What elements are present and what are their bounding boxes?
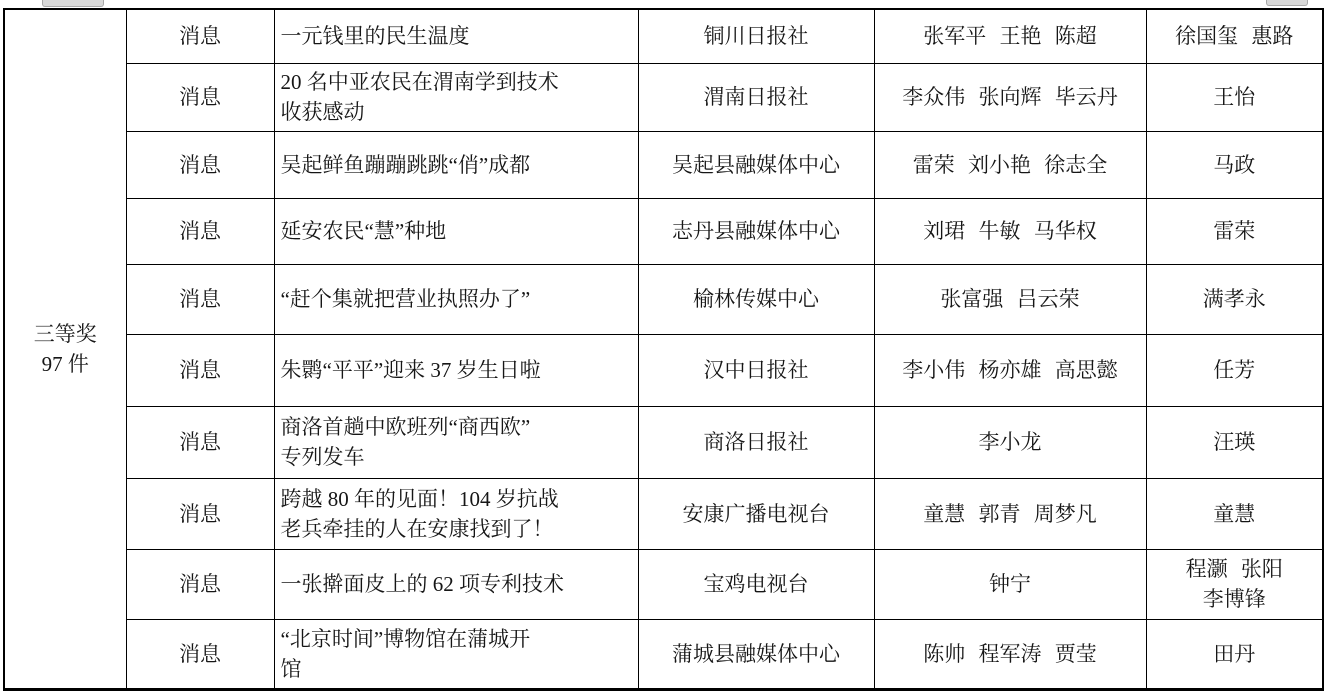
award-group-count: 97 件 xyxy=(11,349,120,379)
award-group-name: 三等奖 xyxy=(11,319,120,349)
organization-cell: 吴起县融媒体中心 xyxy=(638,131,874,198)
table-row: 消息 朱鹮“平平”迎来 37 岁生日啦 汉中日报社 李小伟 杨亦雄 高思懿 任芳 xyxy=(4,334,1323,406)
entry-type-cell: 消息 xyxy=(126,9,274,63)
title-cell: 一张擀面皮上的 62 项专利技术 xyxy=(274,549,638,619)
award-group-cell: 三等奖 97 件 xyxy=(4,9,126,689)
title-cell: 20 名中亚农民在渭南学到技术 收获感动 xyxy=(274,63,638,131)
table-row: 消息 20 名中亚农民在渭南学到技术 收获感动 渭南日报社 李众伟 张向辉 毕云… xyxy=(4,63,1323,131)
organization-cell: 商洛日报社 xyxy=(638,406,874,478)
awards-table-container: 三等奖 97 件 消息 一元钱里的民生温度 铜川日报社 张军平 王艳 陈超 徐国… xyxy=(3,8,1324,691)
authors-cell: 李众伟 张向辉 毕云丹 xyxy=(874,63,1146,131)
table-row: 消息 跨越 80 年的见面！104 岁抗战 老兵牵挂的人在安康找到了！ 安康广播… xyxy=(4,478,1323,549)
organization-cell: 安康广播电视台 xyxy=(638,478,874,549)
organization-cell: 渭南日报社 xyxy=(638,63,874,131)
organization-cell: 铜川日报社 xyxy=(638,9,874,63)
table-row: 消息 “赶个集就把营业执照办了” 榆林传媒中心 张富强 吕云荣 满孝永 xyxy=(4,264,1323,334)
table-row: 消息 一张擀面皮上的 62 项专利技术 宝鸡电视台 钟宁 程灏 张阳 李博锋 xyxy=(4,549,1323,619)
organization-cell: 蒲城县融媒体中心 xyxy=(638,619,874,689)
editors-cell: 徐国玺 惠路 xyxy=(1146,9,1323,63)
entry-type-cell: 消息 xyxy=(126,63,274,131)
awards-table: 三等奖 97 件 消息 一元钱里的民生温度 铜川日报社 张军平 王艳 陈超 徐国… xyxy=(3,8,1324,691)
organization-cell: 榆林传媒中心 xyxy=(638,264,874,334)
editors-cell: 汪瑛 xyxy=(1146,406,1323,478)
entry-type-cell: 消息 xyxy=(126,619,274,689)
authors-cell: 张富强 吕云荣 xyxy=(874,264,1146,334)
title-cell: 跨越 80 年的见面！104 岁抗战 老兵牵挂的人在安康找到了！ xyxy=(274,478,638,549)
entry-type-cell: 消息 xyxy=(126,478,274,549)
entry-type-cell: 消息 xyxy=(126,264,274,334)
title-cell: 延安农民“慧”种地 xyxy=(274,198,638,264)
entry-type-cell: 消息 xyxy=(126,549,274,619)
editors-cell: 任芳 xyxy=(1146,334,1323,406)
editors-cell: 田丹 xyxy=(1146,619,1323,689)
table-row: 消息 商洛首趟中欧班列“商西欧” 专列发车 商洛日报社 李小龙 汪瑛 xyxy=(4,406,1323,478)
table-row: 消息 延安农民“慧”种地 志丹县融媒体中心 刘珺 牛敏 马华权 雷荣 xyxy=(4,198,1323,264)
editors-cell: 满孝永 xyxy=(1146,264,1323,334)
editors-cell: 马政 xyxy=(1146,131,1323,198)
title-cell: 一元钱里的民生温度 xyxy=(274,9,638,63)
authors-cell: 李小龙 xyxy=(874,406,1146,478)
authors-cell: 钟宁 xyxy=(874,549,1146,619)
table-row: 消息 吴起鲜鱼蹦蹦跳跳“俏”成都 吴起县融媒体中心 雷荣 刘小艳 徐志全 马政 xyxy=(4,131,1323,198)
title-cell: “赶个集就把营业执照办了” xyxy=(274,264,638,334)
authors-cell: 童慧 郭青 周梦凡 xyxy=(874,478,1146,549)
organization-cell: 宝鸡电视台 xyxy=(638,549,874,619)
editors-cell: 雷荣 xyxy=(1146,198,1323,264)
table-row: 消息 “北京时间”博物馆在蒲城开 馆 蒲城县融媒体中心 陈帅 程军涛 贾莹 田丹 xyxy=(4,619,1323,689)
entry-type-cell: 消息 xyxy=(126,406,274,478)
title-cell: 吴起鲜鱼蹦蹦跳跳“俏”成都 xyxy=(274,131,638,198)
cut-off-ui-artifact-left xyxy=(42,0,104,7)
cut-off-ui-artifact-right xyxy=(1266,0,1308,6)
authors-cell: 李小伟 杨亦雄 高思懿 xyxy=(874,334,1146,406)
title-cell: 商洛首趟中欧班列“商西欧” 专列发车 xyxy=(274,406,638,478)
table-row: 三等奖 97 件 消息 一元钱里的民生温度 铜川日报社 张军平 王艳 陈超 徐国… xyxy=(4,9,1323,63)
editors-cell: 程灏 张阳 李博锋 xyxy=(1146,549,1323,619)
entry-type-cell: 消息 xyxy=(126,334,274,406)
authors-cell: 陈帅 程军涛 贾莹 xyxy=(874,619,1146,689)
authors-cell: 刘珺 牛敏 马华权 xyxy=(874,198,1146,264)
editors-cell: 王怡 xyxy=(1146,63,1323,131)
entry-type-cell: 消息 xyxy=(126,198,274,264)
title-cell: “北京时间”博物馆在蒲城开 馆 xyxy=(274,619,638,689)
organization-cell: 汉中日报社 xyxy=(638,334,874,406)
authors-cell: 张军平 王艳 陈超 xyxy=(874,9,1146,63)
organization-cell: 志丹县融媒体中心 xyxy=(638,198,874,264)
authors-cell: 雷荣 刘小艳 徐志全 xyxy=(874,131,1146,198)
entry-type-cell: 消息 xyxy=(126,131,274,198)
title-cell: 朱鹮“平平”迎来 37 岁生日啦 xyxy=(274,334,638,406)
editors-cell: 童慧 xyxy=(1146,478,1323,549)
